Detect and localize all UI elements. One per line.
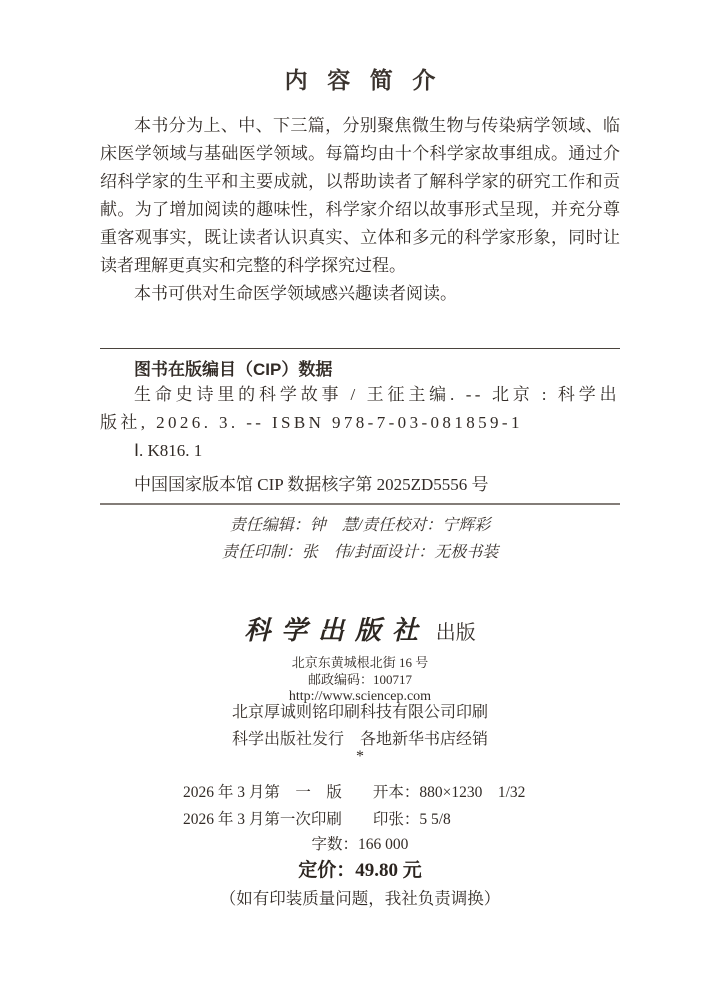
staff-credits: 责任编辑：钟 慧/责任校对：宁辉彩 责任印制：张 伟/封面设计：无极书装 [100, 512, 620, 566]
quality-notice: （如有印装质量问题，我社负责调换） [100, 885, 620, 909]
word-count-line: 字数：166 000 [100, 832, 620, 854]
publisher-postcode: 邮政编码：100717 [100, 671, 620, 688]
cip-record: 生命史诗里的科学故事 / 王征主编. -- 北京 : 科学出版社, 2026. … [100, 381, 620, 437]
publisher-logo-row: 科学出版社出版 [100, 610, 620, 647]
price-line: 定价：49.80 元 [100, 855, 620, 882]
publisher-role-label: 出版 [436, 622, 476, 644]
publisher-address: 北京东黄城根北街 16 号 [100, 654, 620, 671]
publisher-logo: 科学出版社 [244, 616, 429, 645]
abstract-section: 本书分为上、中、下三篇，分别聚焦微生物与传染病学领域、临床医学领域与基础医学领域… [100, 112, 620, 308]
distribution-line: 科学出版社发行 各地新华书店经销 [100, 726, 620, 749]
cip-bottom-rule [100, 503, 620, 505]
readership-paragraph: 本书可供对生命医学领域感兴趣读者阅读。 [100, 280, 620, 308]
credits-production: 责任印制：张 伟/封面设计：无极书装 [100, 539, 620, 566]
cip-registry-number: 中国国家版本馆 CIP 数据核字第 2025ZD5556 号 [100, 470, 620, 495]
edition-line: 2026 年 3 月第 一 版 开本：880×1230 1/32 [183, 780, 525, 807]
cip-heading: 图书在版编目（CIP）数据 [100, 355, 620, 380]
book-copyright-page: 内容简介 本书分为上、中、下三篇，分别聚焦微生物与传染病学领域、临床医学领域与基… [0, 0, 720, 1000]
impression-line: 2026 年 3 月第一次印刷 印张：5 5/8 [183, 807, 525, 834]
cip-top-rule [100, 348, 620, 349]
page-title: 内容简介 [100, 62, 620, 95]
cip-classification: Ⅰ. K816. 1 [100, 441, 620, 461]
separator-asterisk: * [100, 748, 620, 766]
credits-editors: 责任编辑：钟 慧/责任校对：宁辉彩 [100, 512, 620, 539]
abstract-paragraph: 本书分为上、中、下三篇，分别聚焦微生物与传染病学领域、临床医学领域与基础医学领域… [100, 112, 620, 280]
publisher-block: 科学出版社出版 北京东黄城根北街 16 号 邮政编码：100717 http:/… [100, 610, 620, 705]
edition-info: 2026 年 3 月第 一 版 开本：880×1230 1/32 2026 年 … [183, 780, 525, 833]
printer-line: 北京厚诚则铭印刷科技有限公司印刷 [100, 699, 620, 722]
